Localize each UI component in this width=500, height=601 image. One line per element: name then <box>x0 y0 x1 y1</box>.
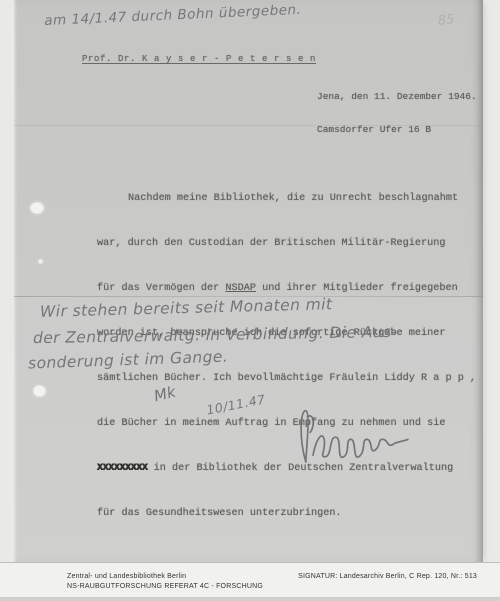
punch-hole <box>37 258 44 265</box>
punch-hole <box>32 384 47 398</box>
underlined-nsdap: NSDAP <box>225 283 256 294</box>
page-number: 85 <box>437 12 455 29</box>
signature-kayser-scribble <box>285 389 418 476</box>
archive-footer: Zentral- und Landesbibliothek Berlin NS-… <box>0 562 500 601</box>
body-line: war, durch den Custodian der Britischen … <box>97 236 476 251</box>
footer-signature-ref: SIGNATUR: Landesarchiv Berlin, C Rep. 12… <box>298 573 477 580</box>
place-date: Jena, den 11. Dezember 1946. <box>317 91 477 102</box>
body-line: Nachdem meine Bibliothek, die zu Unrecht… <box>97 191 476 206</box>
body-line: XXXXXXXXX in der Bibliothek der Deutsche… <box>97 461 476 476</box>
handwritten-receipt-note: am 14/1.47 durch Bohn übergeben. <box>44 2 302 29</box>
archival-scan-viewer: 85 am 14/1.47 durch Bohn übergeben. Prof… <box>0 0 500 601</box>
signature-stroke <box>311 426 409 463</box>
body-text: und ihrer Mitglieder freigegeben <box>256 283 458 294</box>
footer-institution: Zentral- und Landesbibliothek Berlin <box>67 572 263 582</box>
sender-address: Camsdorfer Ufer 16 B <box>317 124 477 135</box>
sender-name: Prof. Dr. K a y s e r - P e t e r s e n <box>82 54 316 64</box>
footer-institution-block: Zentral- und Landesbibliothek Berlin NS-… <box>67 572 263 591</box>
body-text: für das Vermögen der <box>97 283 225 294</box>
punch-hole <box>29 201 45 215</box>
document-page: 85 am 14/1.47 durch Bohn übergeben. Prof… <box>14 0 483 563</box>
footer-bottom-strip <box>0 597 500 601</box>
date-address-block: Jena, den 11. Dezember 1946. Camsdorfer … <box>317 69 477 157</box>
body-line: sämtlichen Bücher. Ich bevollmächtige Fr… <box>97 371 476 386</box>
body-line: für das Gesundheitswesen unterzubringen. <box>97 506 476 521</box>
footer-department: NS-RAUBGUTFORSCHUNG REFERAT 4C - FORSCHU… <box>67 582 263 592</box>
typed-over-redaction: XXXXXXXXX <box>97 463 148 474</box>
signature-stroke <box>298 411 313 463</box>
body-line: für das Vermögen der NSDAP und ihrer Mit… <box>97 281 476 296</box>
